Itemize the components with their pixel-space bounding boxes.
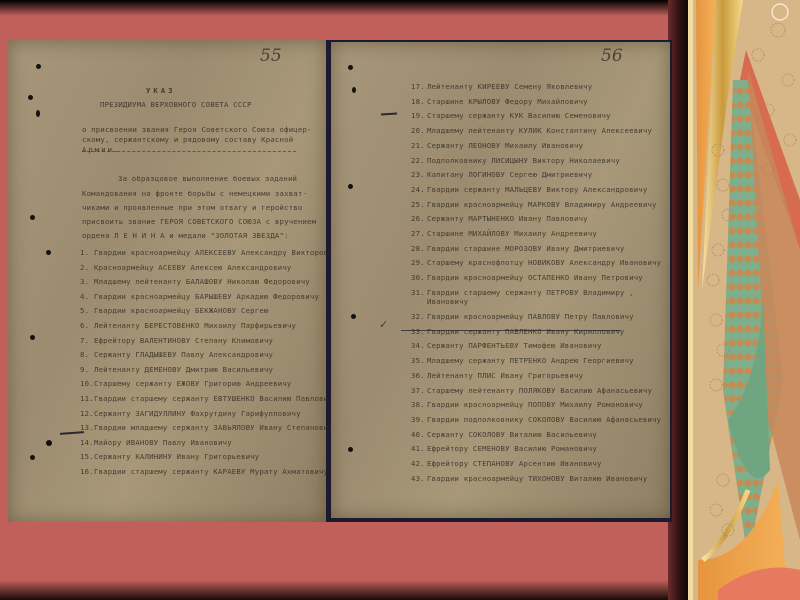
entry-text: Майору ИВАНОВУ Павлу Ивановичу [94,438,232,447]
entry-number: 33. [411,327,425,336]
entry-text: Ефрейтору СТЕПАНОВУ Арсентию Ивановичу [427,459,602,468]
entry-text: Лейтенанту БЕРЕСТОВЕНКО Михаилу Парфирье… [94,321,296,330]
entry-text: Гвардии красноармейцу МАРКОВУ Владимиру … [427,200,657,209]
entry-number: 16. [80,467,94,476]
entry-text: Младшему лейтенанту КУЛИК Константину Ал… [427,126,652,135]
entry-text: Сержанту ЛЕОНОВУ Михаилу Ивановичу [427,141,583,150]
entry-text: Старшине МИХАЙЛОВУ Михаилу Андреевичу [427,229,597,238]
entry-text: Гвардии подполковнику СОКОЛОВУ Василию А… [427,415,661,424]
entry-text: Старшему сержанту КУК Василию Семеновичу [427,111,611,120]
body-line: Командования на фронте борьбы с немецким… [82,189,307,198]
entry-text: Сержанту ЗАГИДУЛЛИНУ Фахрутдину Гарифулл… [94,409,301,418]
entry-text: Гвардии красноармейцу АЛЕКСЕЕВУ Александ… [94,248,342,257]
entry-text: Старшему сержанту ЕЖОВУ Григорию Андреев… [94,379,292,388]
entry-number: 37. [411,386,425,395]
body-line: чиками и проявленные при этом отвагу и г… [82,203,302,212]
entry-text: Гвардии красноармейцу ТИХОНОВУ Виталию И… [427,474,647,483]
decorative-ribbons-icon [688,0,800,600]
entry-number: 15. [80,452,94,461]
entry-number: 12. [80,409,94,418]
entry-text: Подполковнику ЛИСИЦЫНУ Виктору Николаеви… [427,156,620,165]
entry-text: Гвардии красноармейцу ПОПОВУ Михаилу Ром… [427,400,643,409]
underline-mark [401,330,621,331]
entry-text: Гвардии красноармейцу ОСТАПЕНКО Ивану Пе… [427,273,643,282]
entry-number: 35. [411,356,425,365]
entry-text: Сержанту ПАРФЕНТЬЕВУ Тимофею Ивановичу [427,341,602,350]
document-page-left: 55 УКАЗ ПРЕЗИДИУМА ВЕРХОВНОГО СОВЕТА ССС… [8,40,326,522]
entry-number: 1. [80,248,89,257]
bottom-shadow [0,580,668,600]
entry-text: Лейтенанту ПЛИС Ивану Григорьевичу [427,371,583,380]
entry-text: Гвардии старшему сержанту ПЕТРОВУ Владим… [427,288,634,297]
entry-number: 25. [411,200,425,209]
entry-number: 29. [411,258,425,267]
entry-text: Гвардии старшему сержанту КАРАЕВУ Мурату… [94,467,328,476]
entry-number: 41. [411,444,425,453]
body-line: ордена Л Е Н И Н А и медали "ЗОЛОТАЯ ЗВЕ… [82,231,289,240]
entry-text: Сержанту СОКОЛОВУ Виталию Васильевичу [427,430,597,439]
body-line: присвоить звание ГЕРОЯ СОВЕТСКОГО СОЮЗА … [82,217,316,226]
page-number: 56 [601,46,623,66]
preamble-line: о присвоении звания Героя Советского Сою… [82,125,312,134]
entry-text: Младшему сержанту ПЕТРЕНКО Андрею Георги… [427,356,634,365]
entry-number: 43. [411,474,425,483]
entry-number: 23. [411,170,425,179]
entry-text: Гвардии старшему сержанту ЕВТУШЕНКО Васи… [94,394,337,403]
decorative-panel [688,0,800,600]
entry-number: 7. [80,336,89,345]
entry-text: Лейтенанту ДЕМЕНОВУ Дмитрию Васильевичу [94,365,273,374]
entry-number: 3. [80,277,89,286]
entry-number: 22. [411,156,425,165]
entry-text: Старшине КРЫЛОВУ Федору Михайловичу [427,97,588,106]
entry-number: 38. [411,400,425,409]
entry-text: Сержанту КАЛИНИНУ Ивану Григорьевичу [94,452,259,461]
entry-text: Гвардии сержанту МАЛЬЦЕВУ Виктору Алекса… [427,185,647,194]
top-shadow [0,0,668,16]
entry-text: Ивановичу [427,297,468,306]
entry-text: Красноармейцу АСЕЕВУ Алексею Александров… [94,263,292,272]
entry-number: 17. [411,82,425,91]
decree-subheading: ПРЕЗИДИУМА ВЕРХОВНОГО СОВЕТА СССР [100,100,252,109]
entry-text: Ефрейтору СЕМЕНОВУ Василию Романовичу [427,444,597,453]
entry-number: 18. [411,97,425,106]
entry-number: 8. [80,350,89,359]
check-mark: ✓ [379,318,388,331]
entry-number: 14. [80,438,94,447]
entry-number: 36. [411,371,425,380]
entry-text: Сержанту МАРТЫНЕНКО Ивану Павловичу [427,214,588,223]
entry-text: Ефрейтору ВАЛЕНТИНОВУ Степану Климовичу [94,336,273,345]
entry-number: 39. [411,415,425,424]
entry-number: 6. [80,321,89,330]
entry-number: 32. [411,312,425,321]
entry-text: Старшему краснофлотцу НОВИКОВУ Александр… [427,258,661,267]
entry-number: 27. [411,229,425,238]
entry-number: 21. [411,141,425,150]
entry-text: Гвардии красноармейцу БАРЫШЕВУ Аркадию Ф… [94,292,319,301]
entry-text: Гвардии красноармейцу ПАВЛОВУ Петру Павл… [427,312,634,321]
entry-text: Сержанту ГЛАДЫШЕВУ Павлу Александровичу [94,350,273,359]
page-number: 55 [260,46,282,66]
entry-number: 10. [80,379,94,388]
entry-number: 34. [411,341,425,350]
entry-number: 19. [411,111,425,120]
entry-number: 9. [80,365,89,374]
entry-text: Гвардии старшине МОРОЗОВУ Ивану Дмитриев… [427,244,625,253]
entry-text: Гвардии младшему сержанту ЗАВЬЯЛОВУ Иван… [94,423,337,432]
archive-photo: 55 УКАЗ ПРЕЗИДИУМА ВЕРХОВНОГО СОВЕТА ССС… [8,40,672,522]
entry-text: Гвардии красноармейцу БЕКЖАНОВУ Сергею [94,306,269,315]
entry-number: 31. [411,288,425,297]
entry-number: 5. [80,306,89,315]
entry-number: 24. [411,185,425,194]
entry-text: Младшему лейтенанту БАЛАШОВУ Николаю Фед… [94,277,310,286]
entry-text: Старшему лейтенанту ПОЛЯКОВУ Василию Афа… [427,386,652,395]
entry-text: Капитану ЛОГИНОВУ Сергею Дмитриевичу [427,170,592,179]
preamble-line: скому, сержантскому и рядовому составу К… [82,135,293,144]
entry-number: 40. [411,430,425,439]
document-page-right: 56 17.Лейтенанту КИРЕЕВУ Семену Яковлеви… [331,42,670,518]
pen-mark [381,112,397,115]
entry-number: 20. [411,126,425,135]
pen-mark [60,431,84,434]
decree-heading: УКАЗ [146,86,176,95]
entry-number: 42. [411,459,425,468]
entry-number: 30. [411,273,425,282]
entry-number: 4. [80,292,89,301]
separator-line [82,151,296,153]
entry-text: Гвардии сержанту ПАВЛЕНКО Ивану Кириллов… [427,327,625,336]
entry-number: 11. [80,394,94,403]
entry-number: 28. [411,244,425,253]
entry-number: 2. [80,263,89,272]
body-line: За образцовое выполнение боевых заданий [118,174,297,183]
entry-number: 26. [411,214,425,223]
entry-text: Лейтенанту КИРЕЕВУ Семену Яковлевичу [427,82,592,91]
